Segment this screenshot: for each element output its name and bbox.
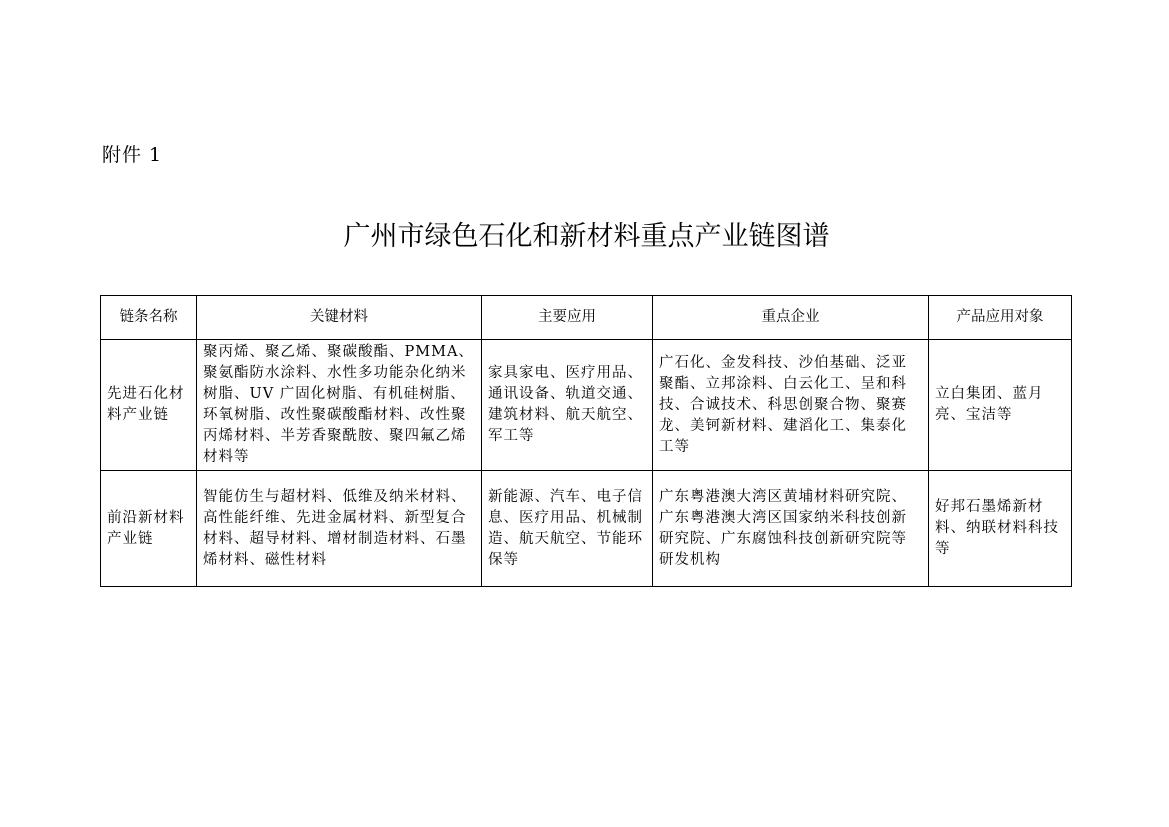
table-row: 先进石化材料产业链 聚丙烯、聚乙烯、聚碳酸酯、PMMA、聚氨酯防水涂料、水性多功…	[101, 340, 1072, 471]
header-key-enterprises: 重点企业	[653, 296, 929, 340]
cell-key-enterprises: 广东粤港澳大湾区黄埔材料研究院、广东粤港澳大湾区国家纳米科技创新研究院、广东腐蚀…	[653, 471, 929, 587]
attachment-label: 附件 1	[102, 140, 162, 167]
header-main-applications: 主要应用	[482, 296, 653, 340]
industry-chain-table: 链条名称 关键材料 主要应用 重点企业 产品应用对象 先进石化材料产业链 聚丙烯…	[100, 295, 1072, 587]
cell-product-targets: 立白集团、蓝月亮、宝洁等	[929, 340, 1072, 471]
document-title: 广州市绿色石化和新材料重点产业链图谱	[0, 214, 1169, 253]
cell-key-enterprises: 广石化、金发科技、沙伯基础、泛亚聚酯、立邦涂料、白云化工、呈和科技、合诚技术、科…	[653, 340, 929, 471]
cell-main-applications: 家具家电、医疗用品、通讯设备、轨道交通、建筑材料、航天航空、军工等	[482, 340, 653, 471]
header-product-targets: 产品应用对象	[929, 296, 1072, 340]
header-chain-name: 链条名称	[101, 296, 197, 340]
cell-product-targets: 好邦石墨烯新材料、纳联材料科技等	[929, 471, 1072, 587]
cell-main-applications: 新能源、汽车、电子信息、医疗用品、机械制造、航天航空、节能环保等	[482, 471, 653, 587]
cell-key-materials: 智能仿生与超材料、低维及纳米材料、高性能纤维、先进金属材料、新型复合材料、超导材…	[197, 471, 482, 587]
header-key-materials: 关键材料	[197, 296, 482, 340]
cell-chain-name: 前沿新材料产业链	[101, 471, 197, 587]
cell-key-materials: 聚丙烯、聚乙烯、聚碳酸酯、PMMA、聚氨酯防水涂料、水性多功能杂化纳米树脂、UV…	[197, 340, 482, 471]
table-header-row: 链条名称 关键材料 主要应用 重点企业 产品应用对象	[101, 296, 1072, 340]
table-row: 前沿新材料产业链 智能仿生与超材料、低维及纳米材料、高性能纤维、先进金属材料、新…	[101, 471, 1072, 587]
cell-chain-name: 先进石化材料产业链	[101, 340, 197, 471]
